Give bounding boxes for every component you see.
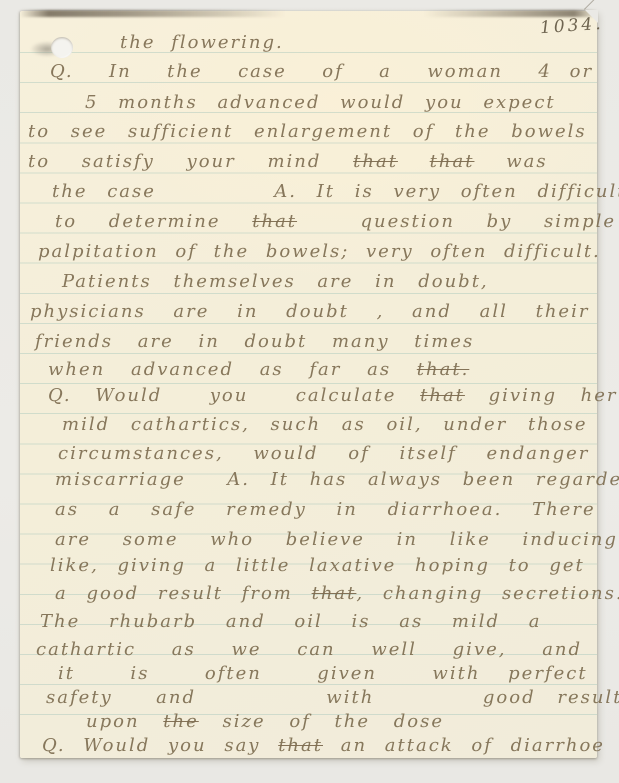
struck-word: that bbox=[430, 151, 475, 172]
manuscript-lines: the flowering.Q. In the case of a woman … bbox=[20, 11, 597, 758]
manuscript-line: when advanced as far as that. bbox=[48, 360, 469, 380]
manuscript-line: safety and with good result; depends bbox=[46, 688, 619, 708]
struck-word: that bbox=[420, 385, 465, 406]
manuscript-line: to satisfy your mind that that was bbox=[28, 152, 548, 172]
manuscript-line: mild cathartics, such as oil, under thos… bbox=[62, 415, 588, 435]
manuscript-line: are some who believe in like inducing bbox=[55, 530, 618, 550]
manuscript-line: cathartic as we can well give, and bbox=[36, 640, 582, 660]
manuscript-line: Q. In the case of a woman 4 or bbox=[50, 62, 593, 82]
manuscript-line: Q. Would you say that an attack of diarr… bbox=[42, 736, 605, 756]
manuscript-line: palpitation of the bowels; very often di… bbox=[38, 242, 601, 262]
manuscript-line: Patients themselves are in doubt, bbox=[62, 272, 489, 292]
struck-word: that bbox=[353, 151, 398, 172]
manuscript-line: to see sufficient enlargement of the bow… bbox=[28, 122, 587, 142]
struck-word: that bbox=[252, 211, 297, 232]
manuscript-line: circumstances, would of itself endanger bbox=[58, 444, 589, 464]
manuscript-line: the case A. It is very often difficult bbox=[52, 182, 619, 202]
manuscript-line: friends are in doubt many times bbox=[35, 332, 474, 352]
manuscript-line: it is often given with perfect bbox=[58, 664, 588, 684]
manuscript-page: 1034. the flowering.Q. In the case of a … bbox=[20, 11, 597, 758]
manuscript-line: as a safe remedy in diarrhoea. There bbox=[55, 500, 596, 520]
manuscript-line: physicians are in doubt , and all their bbox=[30, 302, 589, 322]
struck-word: that bbox=[278, 735, 323, 756]
manuscript-line: 5 months advanced would you expect bbox=[85, 93, 556, 113]
struck-word: that bbox=[312, 583, 357, 604]
manuscript-line: the flowering. bbox=[120, 33, 284, 53]
manuscript-line: Q. Would you calculate that giving her bbox=[48, 386, 618, 406]
manuscript-line: a good result from that, changing secret… bbox=[55, 584, 619, 604]
manuscript-line: miscarriage A. It has always been regard… bbox=[55, 470, 619, 490]
manuscript-line: to determine that question by simple bbox=[55, 212, 616, 232]
manuscript-line: like, giving a little laxative hoping to… bbox=[50, 556, 585, 576]
manuscript-line: The rhubarb and oil is as mild a bbox=[40, 612, 541, 632]
scanned-document: 1034. the flowering.Q. In the case of a … bbox=[0, 0, 619, 783]
manuscript-line: upon the size of the dose bbox=[86, 712, 444, 732]
struck-word: that. bbox=[417, 359, 470, 380]
struck-word: the bbox=[163, 711, 198, 732]
